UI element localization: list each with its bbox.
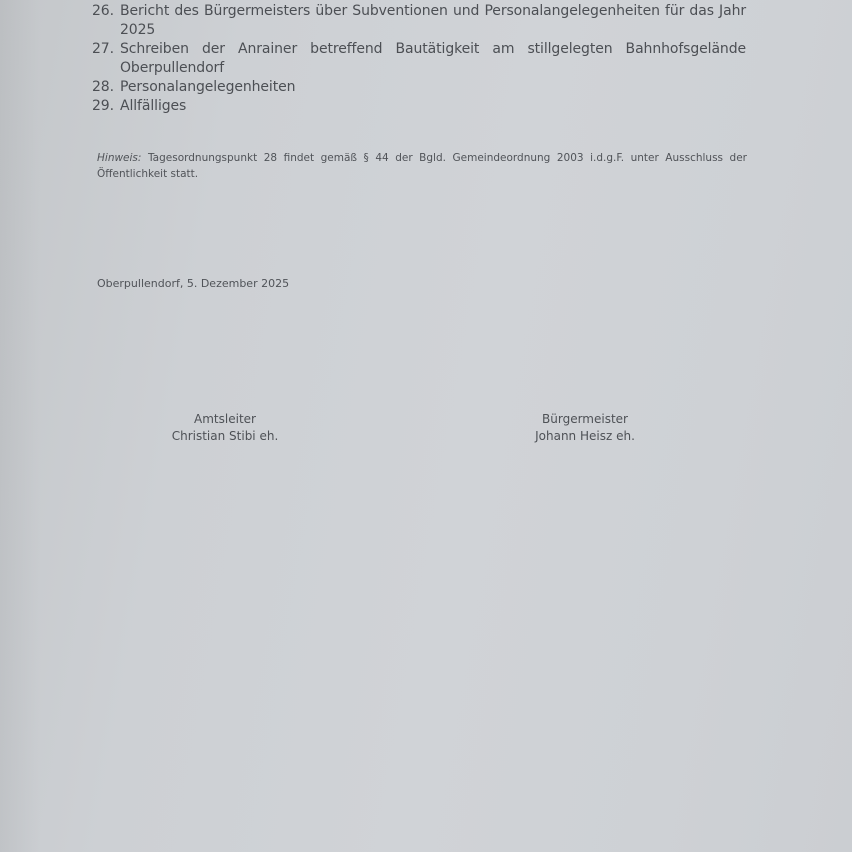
signature-buergermeister: Bürgermeister Johann Heisz eh. (510, 411, 660, 445)
signature-amtsleiter: Amtsleiter Christian Stibi eh. (150, 411, 300, 445)
signature-title: Bürgermeister (510, 411, 660, 428)
signature-name: Christian Stibi eh. (150, 428, 300, 445)
agenda-text: Schreiben der Anrainer betreffend Bautät… (120, 40, 746, 78)
agenda-text: Bericht des Bürgermeisters über Subventi… (120, 2, 746, 40)
agenda-item-27: 27. Schreiben der Anrainer betreffend Ba… (92, 40, 746, 78)
agenda-text: Personalangelegenheiten (120, 78, 746, 97)
agenda-item-26: 26. Bericht des Bürgermeisters über Subv… (92, 2, 746, 40)
agenda-list: 26. Bericht des Bürgermeisters über Subv… (92, 2, 746, 116)
signature-name: Johann Heisz eh. (510, 428, 660, 445)
note-text: Tagesordnungspunkt 28 findet gemäß § 44 … (97, 152, 747, 180)
agenda-item-28: 28. Personalangelegenheiten (92, 78, 746, 97)
agenda-item-29: 29. Allfälliges (92, 97, 746, 116)
agenda-number: 29. (92, 97, 120, 116)
agenda-text: Allfälliges (120, 97, 746, 116)
agenda-number: 26. (92, 2, 120, 21)
note: Hinweis: Tagesordnungspunkt 28 findet ge… (97, 150, 747, 182)
note-label: Hinweis: (97, 152, 141, 164)
agenda-number: 28. (92, 78, 120, 97)
place-date: Oberpullendorf, 5. Dezember 2025 (97, 277, 289, 290)
signature-title: Amtsleiter (150, 411, 300, 428)
agenda-number: 27. (92, 40, 120, 59)
document-page: 26. Bericht des Bürgermeisters über Subv… (0, 0, 852, 852)
page-shadow (0, 0, 40, 852)
